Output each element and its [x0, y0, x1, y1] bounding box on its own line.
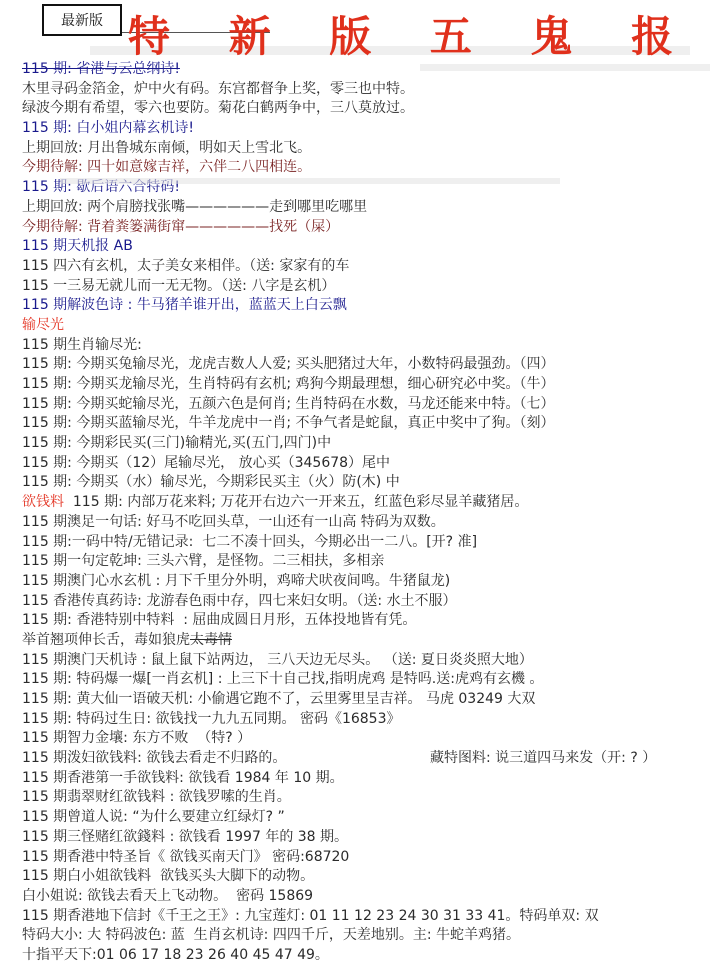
report-line: 115 香港传真药诗: 龙游春色雨中存，四七来妇女明。（送: 水土不服）: [22, 592, 712, 612]
report-line: 115 期澳门心水玄机 : 月下千里分外明，鸡啼犬吠夜间鸣。牛猪鼠龙): [22, 572, 712, 592]
report-line: 115 期: 今期彩民买(三门)输精光,买(五门,四门)中: [22, 434, 712, 454]
text-segment: 今期待解: 四十如意嫁吉祥，六伴二八四相连。: [22, 159, 311, 175]
report-line: 115 期: 今期买蛇输尽光，五颜六色是何肖; 生肖特码在水数，马龙还能来中特。…: [22, 395, 712, 415]
text-segment: 特码大小: 大 特码波色: 蓝 生肖玄机诗: 四四千斤，天差地别。主: 牛蛇羊鸡…: [22, 927, 520, 943]
report-line: 115 一三易无就儿而一无无物。（送: 八字是玄机）: [22, 277, 712, 297]
text-segment: 白小姐说: 欲钱去看天上飞动物。 密码 15869: [22, 888, 313, 904]
report-line: 举首翘项伸长舌，毒如狼虎太毒情: [22, 631, 712, 651]
text-segment: 举首翘项伸长舌，毒如狼虎: [22, 632, 190, 648]
page-title: 特 新 版 五 鬼 报: [128, 4, 695, 64]
text-segment: 输尽光: [22, 317, 64, 333]
report-line: 115 期白小姐欲钱料 欲钱买头大脚下的动物。: [22, 867, 712, 887]
report-line: 115 期: 今期买龙输尽光，生肖特码有玄机; 鸡狗今期最理想，细心研究必中奖。…: [22, 375, 712, 395]
report-line: 绿波今期有希望，零六也要防。菊花白鹤两争中，三八莫放过。: [22, 99, 712, 119]
report-line: 115 期曾道人说: “为什么要建立红绿灯? ”: [22, 808, 712, 828]
text-segment: 藏特图料: 说三道四马来发（开: ? ）: [430, 749, 656, 769]
text-segment: 115 期: 特码过生日: 欲钱找一九九五同期。 密码《16853》: [22, 711, 401, 727]
report-line: 115 期智力金壤: 东方不败 （特? ）: [22, 729, 712, 749]
text-segment: 115 期: 内部万花来料; 万花开右边六一开来五，红蓝色彩尽显羊藏猪居。: [64, 494, 528, 510]
text-segment: 上期回放: 月出鲁城东南倾，明如天上雪北飞。: [22, 140, 311, 156]
report-line: 上期回放: 月出鲁城东南倾，明如天上雪北飞。: [22, 139, 712, 159]
report-line: 115 期香港第一手欲钱料: 欲钱看 1984 年 10 期。: [22, 769, 712, 789]
report-line: 白小姐说: 欲钱去看天上飞动物。 密码 15869: [22, 887, 712, 907]
report-line: 115 期: 香港特别中特料 : 屈曲成圆日月形，五体投地皆有凭。: [22, 611, 712, 631]
report-line: 115 期: 今期买（水）输尽光，今期彩民买主（火）防(木) 中: [22, 473, 712, 493]
text-segment: 115 期: 香港特别中特料 : 屈曲成圆日月形，五体投地皆有凭。: [22, 612, 416, 628]
report-line: 115 期香港地下信封《千王之王》: 九宝莲灯: 01 11 12 23 24 …: [22, 907, 712, 927]
report-line: 115 期: 今期买兔输尽光，龙虎吉数人人爱; 买头肥猪过大年，小数特码最强劲。…: [22, 355, 712, 375]
report-body: 115 期: 省港与云总纲诗!木里寻码金箔金，炉中火有码。东宫都督争上奖，零三也…: [22, 60, 712, 966]
report-line: 115 四六有玄机，太子美女来相伴。（送: 家家有的车: [22, 257, 712, 277]
report-line: 115 期澳门天机诗 : 鼠上鼠下站两边， 三八天边无尽头。 （送: 夏日炎炎照…: [22, 651, 712, 671]
report-line: 115 期澳足一句话: 好马不吃回头草，一山还有一山高 特码为双数。: [22, 513, 712, 533]
text-segment: 115 一三易无就儿而一无无物。（送: 八字是玄机）: [22, 278, 335, 294]
text-segment: 115 期: 今期买龙输尽光，生肖特码有玄机; 鸡狗今期最理想，细心研究必中奖。…: [22, 376, 555, 392]
text-segment: 绿波今期有希望，零六也要防。菊花白鹤两争中，三八莫放过。: [22, 100, 414, 116]
report-line: 115 期: 特码爆一爆[一肖玄机] : 上三下十自己找,指明虎鸡 是特吗.送:…: [22, 670, 712, 690]
text-segment: 115 期: 今期买（12）尾输尽光， 放心买（345678）尾中: [22, 455, 390, 471]
text-segment: 115 四六有玄机，太子美女来相伴。（送: 家家有的车: [22, 258, 349, 274]
text-segment: 115 期香港地下信封《千王之王》: 九宝莲灯: 01 11 12 23 24 …: [22, 908, 599, 924]
text-segment: 115 期曾道人说: “为什么要建立红绿灯? ”: [22, 809, 285, 825]
text-segment: 115 期泼妇欲钱料: 欲钱去看走不归路的。: [22, 750, 286, 766]
report-line: 115 期解波色诗 : 牛马猪羊谁开出，蓝蓝天上白云飘: [22, 296, 712, 316]
text-segment: 115 期生肖输尽光:: [22, 337, 142, 353]
text-segment: 上期回放: 两个肩膀找张嘴——————走到哪里吃哪里: [22, 199, 367, 215]
text-segment: 115 期白小姐欲钱料 欲钱买头大脚下的动物。: [22, 868, 314, 884]
text-segment: 115 期天机报 AB: [22, 238, 133, 254]
text-segment: 木里寻码金箔金，炉中火有码。东宫都督争上奖，零三也中特。: [22, 81, 414, 97]
text-segment: 115 期: 今期买（水）输尽光，今期彩民买主（火）防(木) 中: [22, 474, 400, 490]
text-segment: 今期待解: 背着粪篓满街窜——————找死（屎）: [22, 219, 339, 235]
text-segment: 115 期澳门心水玄机 : 月下千里分外明，鸡啼犬吠夜间鸣。牛猪鼠龙): [22, 573, 450, 589]
text-segment: 太毒情: [190, 632, 232, 648]
report-line: 115 期香港中特圣旨《 欲钱买南天门》 密码:68720: [22, 848, 712, 868]
report-line: 115 期: 特码过生日: 欲钱找一九九五同期。 密码《16853》: [22, 710, 712, 730]
report-line: 输尽光: [22, 316, 712, 336]
report-line: 115 期: 今期买（12）尾输尽光， 放心买（345678）尾中: [22, 454, 712, 474]
text-segment: 115 期一句定乾坤: 三头六臂，是怪物。二三相扶，多相亲: [22, 553, 384, 569]
report-line: 今期待解: 四十如意嫁吉祥，六伴二八四相连。: [22, 158, 712, 178]
report-line: 115 期天机报 AB: [22, 237, 712, 257]
text-segment: 115 期智力金壤: 东方不败 （特? ）: [22, 730, 251, 746]
report-line: 115 期: 白小姐内幕玄机诗!: [22, 119, 712, 139]
report-line: 115 期泼妇欲钱料: 欲钱去看走不归路的。藏特图料: 说三道四马来发（开: ?…: [22, 749, 712, 769]
text-segment: 欲钱料: [22, 494, 64, 510]
report-line: 十指平天下:01 06 17 18 23 26 40 45 47 49。: [22, 946, 712, 966]
text-segment: 115 期翡翠财红欲钱料 : 欲钱罗嗦的生肖。: [22, 789, 291, 805]
text-segment: 115 期: 黄大仙一语破天机: 小偷遇它跑不了，云里雾里呈吉祥。 马虎 032…: [22, 691, 535, 707]
report-line: 115 期一句定乾坤: 三头六臂，是怪物。二三相扶，多相亲: [22, 552, 712, 572]
report-line: 欲钱料 115 期: 内部万花来料; 万花开右边六一开来五，红蓝色彩尽显羊藏猪居…: [22, 493, 712, 513]
text-segment: 115 期:一码中特/无错记录: 七二不凑十回头，今期必出一二八。[开? 准]: [22, 534, 477, 550]
report-line: 今期待解: 背着粪篓满街窜——————找死（屎）: [22, 218, 712, 238]
text-segment: 115 期澳足一句话: 好马不吃回头草，一山还有一山高 特码为双数。: [22, 514, 445, 530]
latest-edition-badge: 最新版: [42, 4, 122, 36]
text-segment: 115 期解波色诗 : 牛马猪羊谁开出，蓝蓝天上白云飘: [22, 297, 347, 313]
text-segment: 115 期三怪赌红欲錢料 : 欲钱看 1997 年的 38 期。: [22, 829, 348, 845]
text-segment: 十指平天下:01 06 17 18 23 26 40 45 47 49。: [22, 947, 329, 963]
report-line: 115 期三怪赌红欲錢料 : 欲钱看 1997 年的 38 期。: [22, 828, 712, 848]
text-segment: 115 期香港中特圣旨《 欲钱买南天门》 密码:68720: [22, 849, 349, 865]
text-segment: 115 期: 今期彩民买(三门)输精光,买(五门,四门)中: [22, 435, 331, 451]
report-line: 木里寻码金箔金，炉中火有码。东宫都督争上奖，零三也中特。: [22, 80, 712, 100]
text-segment: 115 期: 白小姐内幕玄机诗!: [22, 120, 194, 136]
report-line: 115 期翡翠财红欲钱料 : 欲钱罗嗦的生肖。: [22, 788, 712, 808]
text-segment: 115 期: 今期买兔输尽光，龙虎吉数人人爱; 买头肥猪过大年，小数特码最强劲。…: [22, 356, 555, 372]
text-segment: 115 期澳门天机诗 : 鼠上鼠下站两边， 三八天边无尽头。 （送: 夏日炎炎照…: [22, 652, 533, 668]
text-segment: 115 期香港第一手欲钱料: 欲钱看 1984 年 10 期。: [22, 770, 344, 786]
report-line: 特码大小: 大 特码波色: 蓝 生肖玄机诗: 四四千斤，天差地别。主: 牛蛇羊鸡…: [22, 926, 712, 946]
report-line: 上期回放: 两个肩膀找张嘴——————走到哪里吃哪里: [22, 198, 712, 218]
text-segment: 115 期: 特码爆一爆[一肖玄机] : 上三下十自己找,指明虎鸡 是特吗.送:…: [22, 671, 543, 687]
report-line: 115 期生肖输尽光:: [22, 336, 712, 356]
text-segment: 115 期: 今期买蓝输尽光，牛羊龙虎中一肖; 不争气者是蛇鼠，真正中奖中了狗。…: [22, 415, 555, 431]
text-segment: 115 期: 今期买蛇输尽光，五颜六色是何肖; 生肖特码在水数，马龙还能来中特。…: [22, 396, 555, 412]
text-segment: 115 香港传真药诗: 龙游春色雨中存，四七来妇女明。（送: 水土不服）: [22, 593, 457, 609]
report-line: 115 期: 今期买蓝输尽光，牛羊龙虎中一肖; 不争气者是蛇鼠，真正中奖中了狗。…: [22, 414, 712, 434]
scan-artifact: [420, 64, 710, 71]
badge-label: 最新版: [61, 10, 103, 30]
report-line: 115 期: 黄大仙一语破天机: 小偷遇它跑不了，云里雾里呈吉祥。 马虎 032…: [22, 690, 712, 710]
report-line: 115 期:一码中特/无错记录: 七二不凑十回头，今期必出一二八。[开? 准]: [22, 533, 712, 553]
scan-artifact: [60, 178, 560, 184]
scanned-report-page: 最新版 特 新 版 五 鬼 报 115 期: 省港与云总纲诗!木里寻码金箔金，炉…: [0, 0, 722, 974]
